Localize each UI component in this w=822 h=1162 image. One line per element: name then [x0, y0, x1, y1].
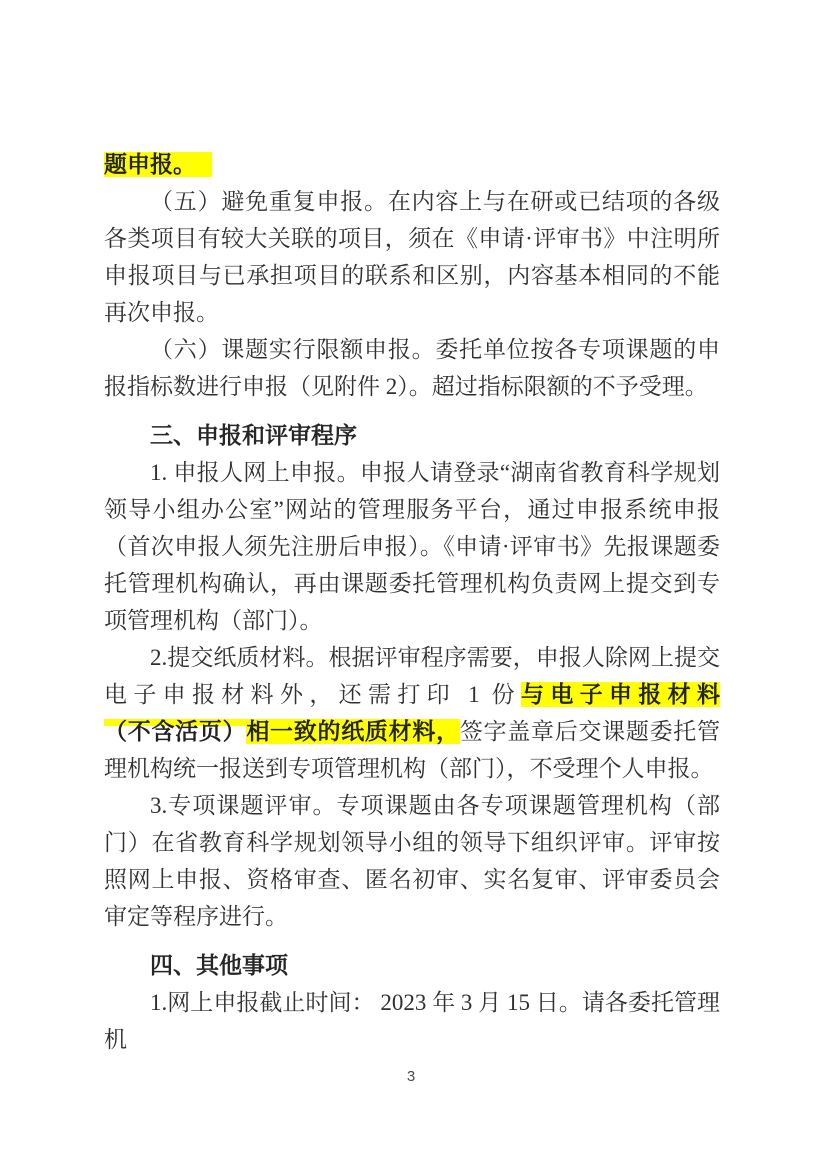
paragraph-deadline: 1.网上申报截止时间： 2023 年 3 月 15 日。请各委托管理机	[104, 984, 720, 1058]
document-body: 题申报。 （五）避免重复申报。在内容上与在研或已结项的各级各类项目有较大关联的项…	[104, 146, 720, 1058]
paragraph-paper-materials: 2.提交纸质材料。根据评审程序需要，申报人除网上提交电子申报材料外，还需打印 1…	[104, 639, 720, 787]
page-number: 3	[0, 1068, 822, 1085]
highlighted-text-identical-paper: 相一致的纸质材料，	[246, 719, 459, 744]
highlighted-text-continuation: 题申报。	[104, 152, 212, 177]
paragraph-special-review: 3.专项课题评审。专项课题由各专项课题管理机构（部门）在省教育科学规划领导小组的…	[104, 787, 720, 935]
paragraph-online-application: 1. 申报人网上申报。申报人请登录“湖南省教育科学规划领导小组办公室”网站的管理…	[104, 454, 720, 639]
paren-no-loose-pages: （不含活页）	[104, 719, 246, 744]
paragraph-item-5: （五）避免重复申报。在内容上与在研或已结项的各级各类项目有较大关联的项目，须在《…	[104, 183, 720, 331]
paragraph-continuation: 题申报。	[104, 146, 720, 183]
document-page: 题申报。 （五）避免重复申报。在内容上与在研或已结项的各级各类项目有较大关联的项…	[0, 0, 822, 1162]
paragraph-item-6: （六）课题实行限额申报。委托单位按各专项课题的申报指标数进行申报（见附件 2）。…	[104, 331, 720, 405]
section-heading-3: 三、申报和评审程序	[104, 417, 720, 454]
highlighted-text-electronic-materials: 与电子申报材料	[521, 682, 720, 707]
section-heading-4: 四、其他事项	[104, 947, 720, 984]
